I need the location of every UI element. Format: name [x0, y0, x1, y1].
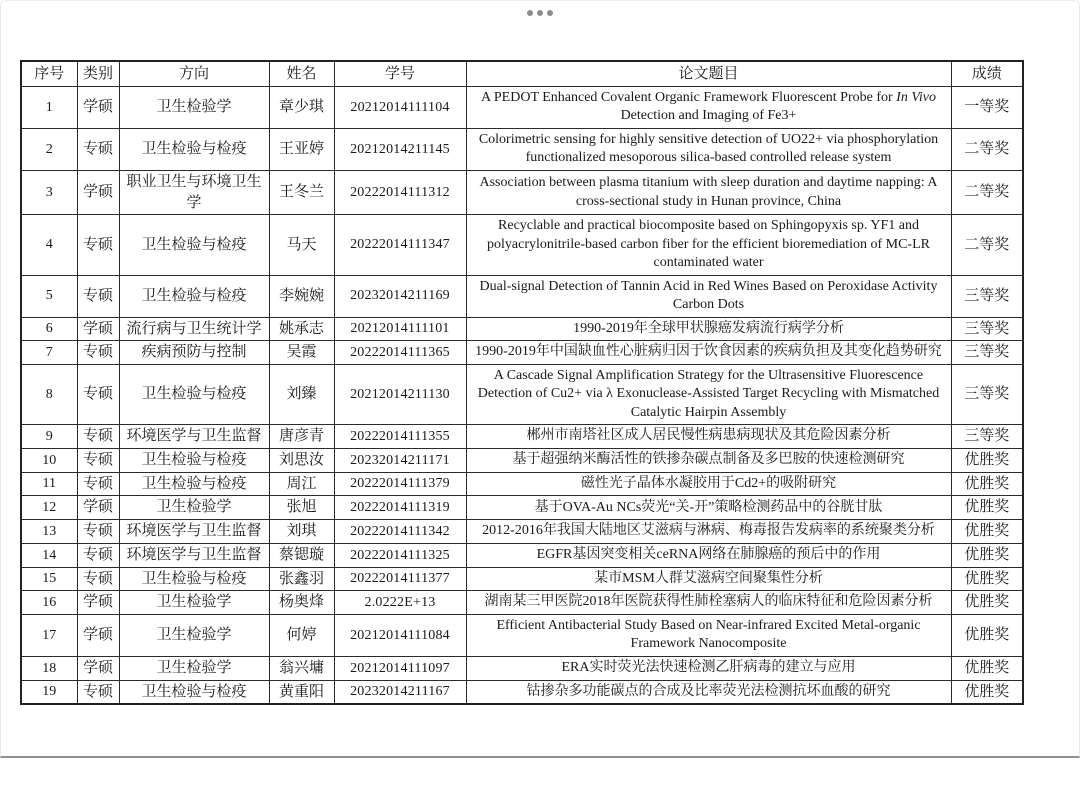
cell-direction: 环境医学与卫生监督 — [119, 425, 269, 449]
ellipsis-dot-icon — [547, 10, 553, 16]
cell-student_id: 2.0222E+13 — [334, 591, 466, 615]
cell-category: 专硕 — [77, 425, 119, 449]
cell-award: 三等奖 — [951, 364, 1023, 424]
cell-title: 基于OVA-Au NCs荧光“关-开”策略检测药品中的谷胱甘肽 — [466, 496, 951, 520]
cell-no: 2 — [21, 128, 77, 170]
ellipsis-dots-icon — [527, 10, 553, 16]
cell-title: 磁性光子晶体水凝胶用于Cd2+的吸附研究 — [466, 472, 951, 496]
cell-category: 学硕 — [77, 87, 119, 129]
cell-title: ERA实时荧光法快速检测乙肝病毒的建立与应用 — [466, 656, 951, 680]
cell-category: 学硕 — [77, 496, 119, 520]
table-row: 2专硕卫生检验与检疫王亚婷20212014211145Colorimetric … — [21, 128, 1023, 170]
cell-award: 三等奖 — [951, 341, 1023, 365]
cell-award: 三等奖 — [951, 275, 1023, 317]
cell-title: 2012-2016年我国大陆地区艾滋病与淋病、梅毒报告发病率的系统聚类分析 — [466, 520, 951, 544]
cell-category: 学硕 — [77, 656, 119, 680]
col-header-student_id: 学号 — [334, 61, 466, 87]
cell-name: 马天 — [269, 215, 334, 275]
table-row: 13专硕环境医学与卫生监督刘琪202220141113422012-2016年我… — [21, 520, 1023, 544]
table-row: 7专硕疾病预防与控制吴霞202220141113651990-2019年中国缺血… — [21, 341, 1023, 365]
cell-category: 专硕 — [77, 567, 119, 591]
cell-category: 学硕 — [77, 591, 119, 615]
cell-award: 二等奖 — [951, 170, 1023, 214]
cell-direction: 疾病预防与控制 — [119, 341, 269, 365]
cell-no: 7 — [21, 341, 77, 365]
cell-no: 14 — [21, 543, 77, 567]
cell-student_id: 20222014111355 — [334, 425, 466, 449]
cell-award: 三等奖 — [951, 317, 1023, 341]
table-header-row: 序号类别方向姓名学号论文题目成绩 — [21, 61, 1023, 87]
cell-title: 郴州市南塔社区成人居民慢性病患病现状及其危险因素分析 — [466, 425, 951, 449]
cell-direction: 卫生检验与检疫 — [119, 449, 269, 473]
cell-category: 专硕 — [77, 364, 119, 424]
table-row: 19专硕卫生检验与检疫黄重阳20232014211167钴掺杂多功能碳点的合成及… — [21, 680, 1023, 704]
cell-name: 王亚婷 — [269, 128, 334, 170]
cell-no: 6 — [21, 317, 77, 341]
table-image-card: 序号类别方向姓名学号论文题目成绩 1学硕卫生检验学章少琪202120141111… — [0, 0, 1080, 758]
cell-no: 15 — [21, 567, 77, 591]
ellipsis-dot-icon — [527, 10, 533, 16]
col-header-category: 类别 — [77, 61, 119, 87]
cell-name: 吴霞 — [269, 341, 334, 365]
table-row: 8专硕卫生检验与检疫刘臻20212014211130A Cascade Sign… — [21, 364, 1023, 424]
cell-name: 周江 — [269, 472, 334, 496]
cell-name: 杨奥烽 — [269, 591, 334, 615]
cell-category: 专硕 — [77, 449, 119, 473]
cell-student_id: 20212014211130 — [334, 364, 466, 424]
cell-title: A Cascade Signal Amplification Strategy … — [466, 364, 951, 424]
cell-student_id: 20232014211169 — [334, 275, 466, 317]
cell-student_id: 20212014111084 — [334, 614, 466, 656]
cell-category: 专硕 — [77, 215, 119, 275]
cell-student_id: 20232014211167 — [334, 680, 466, 704]
cell-award: 二等奖 — [951, 128, 1023, 170]
cell-direction: 卫生检验学 — [119, 87, 269, 129]
cell-title: 基于超强纳米酶活性的铁掺杂碳点制备及多巴胺的快速检测研究 — [466, 449, 951, 473]
cell-no: 9 — [21, 425, 77, 449]
table-row: 6学硕流行病与卫生统计学姚承志202120141111011990-2019年全… — [21, 317, 1023, 341]
cell-no: 18 — [21, 656, 77, 680]
cell-no: 5 — [21, 275, 77, 317]
cell-direction: 卫生检验与检疫 — [119, 128, 269, 170]
table-header: 序号类别方向姓名学号论文题目成绩 — [21, 61, 1023, 87]
cell-category: 学硕 — [77, 317, 119, 341]
cell-category: 专硕 — [77, 275, 119, 317]
col-header-title: 论文题目 — [466, 61, 951, 87]
cell-direction: 卫生检验与检疫 — [119, 215, 269, 275]
cell-direction: 卫生检验学 — [119, 614, 269, 656]
cell-no: 8 — [21, 364, 77, 424]
cell-title: Association between plasma titanium with… — [466, 170, 951, 214]
cell-title: Colorimetric sensing for highly sensitiv… — [466, 128, 951, 170]
cell-category: 专硕 — [77, 128, 119, 170]
cell-direction: 卫生检验学 — [119, 591, 269, 615]
cell-category: 专硕 — [77, 520, 119, 544]
table-row: 14专硕环境医学与卫生监督蔡锶璇20222014111325EGFR基因突变相关… — [21, 543, 1023, 567]
col-header-award: 成绩 — [951, 61, 1023, 87]
cell-name: 何婷 — [269, 614, 334, 656]
cell-no: 3 — [21, 170, 77, 214]
cell-title: 某市MSM人群艾滋病空间聚集性分析 — [466, 567, 951, 591]
table-body: 1学硕卫生检验学章少琪20212014111104A PEDOT Enhance… — [21, 87, 1023, 705]
cell-name: 张鑫羽 — [269, 567, 334, 591]
cell-category: 专硕 — [77, 472, 119, 496]
cell-title: Recyclable and practical biocomposite ba… — [466, 215, 951, 275]
cell-name: 刘琪 — [269, 520, 334, 544]
table-row: 16学硕卫生检验学杨奥烽2.0222E+13湖南某三甲医院2018年医院获得性肺… — [21, 591, 1023, 615]
cell-student_id: 20222014111379 — [334, 472, 466, 496]
cell-no: 4 — [21, 215, 77, 275]
cell-name: 章少琪 — [269, 87, 334, 129]
cell-student_id: 20222014111325 — [334, 543, 466, 567]
cell-no: 11 — [21, 472, 77, 496]
cell-category: 专硕 — [77, 543, 119, 567]
table-row: 3学硕职业卫生与环境卫生学王冬兰20222014111312Associatio… — [21, 170, 1023, 214]
cell-name: 翁兴墉 — [269, 656, 334, 680]
cell-no: 1 — [21, 87, 77, 129]
cell-direction: 环境医学与卫生监督 — [119, 520, 269, 544]
table-row: 1学硕卫生检验学章少琪20212014111104A PEDOT Enhance… — [21, 87, 1023, 129]
cell-name: 唐彦青 — [269, 425, 334, 449]
cell-award: 优胜奖 — [951, 496, 1023, 520]
cell-student_id: 20222014111319 — [334, 496, 466, 520]
cell-name: 黄重阳 — [269, 680, 334, 704]
cell-title: 钴掺杂多功能碳点的合成及比率荧光法检测抗坏血酸的研究 — [466, 680, 951, 704]
table-row: 18学硕卫生检验学翁兴墉20212014111097ERA实时荧光法快速检测乙肝… — [21, 656, 1023, 680]
cell-category: 专硕 — [77, 341, 119, 365]
cell-award: 一等奖 — [951, 87, 1023, 129]
table-row: 5专硕卫生检验与检疫李婉婉20232014211169Dual-signal D… — [21, 275, 1023, 317]
cell-direction: 职业卫生与环境卫生学 — [119, 170, 269, 214]
cell-student_id: 20222014111342 — [334, 520, 466, 544]
cell-award: 优胜奖 — [951, 472, 1023, 496]
cell-direction: 卫生检验学 — [119, 496, 269, 520]
cell-student_id: 20222014111377 — [334, 567, 466, 591]
cell-no: 12 — [21, 496, 77, 520]
cell-award: 二等奖 — [951, 215, 1023, 275]
thesis-award-table: 序号类别方向姓名学号论文题目成绩 1学硕卫生检验学章少琪202120141111… — [20, 60, 1024, 705]
cell-name: 姚承志 — [269, 317, 334, 341]
col-header-no: 序号 — [21, 61, 77, 87]
cell-student_id: 20212014211145 — [334, 128, 466, 170]
col-header-direction: 方向 — [119, 61, 269, 87]
table-row: 10专硕卫生检验与检疫刘思汝20232014211171基于超强纳米酶活性的铁掺… — [21, 449, 1023, 473]
cell-direction: 卫生检验与检疫 — [119, 472, 269, 496]
cell-student_id: 20212014111104 — [334, 87, 466, 129]
cell-title: Efficient Antibacterial Study Based on N… — [466, 614, 951, 656]
cell-no: 17 — [21, 614, 77, 656]
cell-award: 优胜奖 — [951, 614, 1023, 656]
cell-direction: 卫生检验与检疫 — [119, 567, 269, 591]
cell-no: 13 — [21, 520, 77, 544]
cell-direction: 卫生检验与检疫 — [119, 680, 269, 704]
cell-title: Dual-signal Detection of Tannin Acid in … — [466, 275, 951, 317]
cell-title: EGFR基因突变相关ceRNA网络在肺腺癌的预后中的作用 — [466, 543, 951, 567]
table-row: 12学硕卫生检验学张旭20222014111319基于OVA-Au NCs荧光“… — [21, 496, 1023, 520]
cell-category: 学硕 — [77, 170, 119, 214]
cell-direction: 卫生检验学 — [119, 656, 269, 680]
cell-award: 优胜奖 — [951, 656, 1023, 680]
cell-category: 学硕 — [77, 614, 119, 656]
cell-no: 19 — [21, 680, 77, 704]
cell-title: 1990-2019年中国缺血性心脏病归因于饮食因素的疾病负担及其变化趋势研究 — [466, 341, 951, 365]
cell-award: 优胜奖 — [951, 567, 1023, 591]
table-row: 15专硕卫生检验与检疫张鑫羽20222014111377某市MSM人群艾滋病空间… — [21, 567, 1023, 591]
cell-no: 10 — [21, 449, 77, 473]
cell-direction: 流行病与卫生统计学 — [119, 317, 269, 341]
cell-name: 张旭 — [269, 496, 334, 520]
cell-title: 1990-2019年全球甲状腺癌发病流行病学分析 — [466, 317, 951, 341]
table-row: 11专硕卫生检验与检疫周江20222014111379磁性光子晶体水凝胶用于Cd… — [21, 472, 1023, 496]
table-row: 4专硕卫生检验与检疫马天20222014111347Recyclable and… — [21, 215, 1023, 275]
cell-student_id: 20222014111365 — [334, 341, 466, 365]
cell-name: 蔡锶璇 — [269, 543, 334, 567]
cell-award: 优胜奖 — [951, 680, 1023, 704]
col-header-name: 姓名 — [269, 61, 334, 87]
cell-direction: 卫生检验与检疫 — [119, 275, 269, 317]
cell-name: 王冬兰 — [269, 170, 334, 214]
cell-student_id: 20212014111097 — [334, 656, 466, 680]
table-row: 17学硕卫生检验学何婷20212014111084Efficient Antib… — [21, 614, 1023, 656]
cell-award: 优胜奖 — [951, 449, 1023, 473]
cell-name: 刘思汝 — [269, 449, 334, 473]
cell-title: A PEDOT Enhanced Covalent Organic Framew… — [466, 87, 951, 129]
cell-award: 优胜奖 — [951, 543, 1023, 567]
ellipsis-dot-icon — [537, 10, 543, 16]
cell-student_id: 20232014211171 — [334, 449, 466, 473]
cell-no: 16 — [21, 591, 77, 615]
cell-direction: 卫生检验与检疫 — [119, 364, 269, 424]
cell-category: 专硕 — [77, 680, 119, 704]
cell-student_id: 20212014111101 — [334, 317, 466, 341]
cell-award: 三等奖 — [951, 425, 1023, 449]
cell-title: 湖南某三甲医院2018年医院获得性肺栓塞病人的临床特征和危险因素分析 — [466, 591, 951, 615]
cell-name: 李婉婉 — [269, 275, 334, 317]
table-row: 9专硕环境医学与卫生监督唐彦青20222014111355郴州市南塔社区成人居民… — [21, 425, 1023, 449]
cell-direction: 环境医学与卫生监督 — [119, 543, 269, 567]
cell-name: 刘臻 — [269, 364, 334, 424]
cell-student_id: 20222014111312 — [334, 170, 466, 214]
cell-student_id: 20222014111347 — [334, 215, 466, 275]
cell-award: 优胜奖 — [951, 591, 1023, 615]
cell-award: 优胜奖 — [951, 520, 1023, 544]
